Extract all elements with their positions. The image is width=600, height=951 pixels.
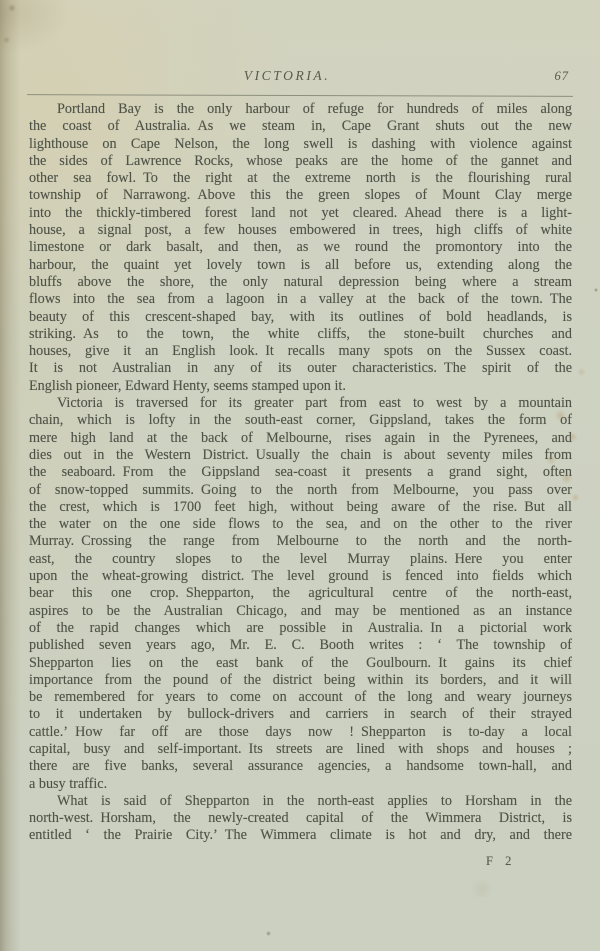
text-line: harbour, the quaint yet lovely town is a… [29, 257, 572, 274]
foxing-spot [577, 368, 586, 376]
text-line: striking. As to the town, the white clif… [29, 326, 572, 343]
text-line: What is said of Shepparton in the north-… [29, 793, 572, 810]
text-line: Victoria is traversed for its greater pa… [29, 395, 572, 412]
ink-speck [594, 288, 598, 292]
text-line: Murray. Crossing the range from Melbourn… [29, 533, 572, 550]
text-line: into the thickly-timbered forest land no… [29, 205, 572, 222]
text-line: Shepparton lies on the east bank of the … [29, 655, 572, 672]
foxing-spot [8, 4, 16, 12]
text-line: entitled ‘ the Prairie City.’ The Wimmer… [29, 827, 572, 844]
text-line: bear this one crop. Shepparton, the agri… [29, 585, 572, 602]
text-line: there are five banks, several assurance … [29, 758, 572, 775]
book-page-scan: VICTORIA. 67 Portland Bay is the only ha… [0, 0, 600, 951]
running-title: VICTORIA. [0, 68, 587, 84]
text-line: It is not Australian in any of its outer… [29, 360, 572, 377]
header-rule [27, 94, 573, 97]
text-line: of the rapid changes which are possible … [29, 620, 572, 637]
text-line: the seaboard. From the Gippsland sea-coa… [29, 464, 572, 481]
text-line: limestone or dark basalt, and then, as w… [29, 239, 572, 256]
text-line: mere high land at the back of Melbourne,… [29, 430, 572, 447]
text-line: of snow-topped summits. Going to the nor… [29, 482, 572, 499]
text-line: cattle.’ How far off are those days now … [29, 724, 572, 741]
text-line: the crest, which is 1700 feet high, with… [29, 499, 572, 516]
text-body: Portland Bay is the only harbour of refu… [29, 101, 572, 845]
text-line: chain, which is lofty in the south-east … [29, 412, 572, 429]
text-line: township of Narrawong. Above this the gr… [29, 187, 572, 204]
text-line: be remembered for years to come on accou… [29, 689, 572, 706]
paper-smudge [468, 880, 496, 898]
text-line: importance from the pound of the distric… [29, 672, 572, 689]
text-line: the coast of Australia. As we steam in, … [29, 118, 572, 135]
page-gutter-shadow [0, 0, 24, 951]
text-line: beauty of this crescent-shaped bay, with… [29, 309, 572, 326]
page-number: 67 [555, 69, 570, 84]
text-line: the water on the one side flows to the s… [29, 516, 572, 533]
text-line: the sides of Lawrence Rocks, whose peaks… [29, 153, 572, 170]
text-line: Portland Bay is the only harbour of refu… [29, 101, 572, 118]
text-line: house, a signal post, a few houses embow… [29, 222, 572, 239]
text-line: other sea fowl. To the right at the extr… [29, 170, 572, 187]
text-line: bluffs above the shore, the only natural… [29, 274, 572, 291]
text-line: a busy traffic. [29, 776, 572, 793]
text-line: published seven years ago, Mr. E. C. Boo… [29, 637, 572, 654]
text-line: east, the country slopes to the level Mu… [29, 551, 572, 568]
text-line: north-west. Horsham, the newly-created c… [29, 810, 572, 827]
text-line: upon the wheat-growing district. The lev… [29, 568, 572, 585]
foxing-spot [571, 493, 580, 502]
text-line: houses, give it an English look. It reca… [29, 343, 572, 360]
text-line: flows into the sea from a lagoon in a va… [29, 291, 572, 308]
text-line: capital, busy and self-important. Its st… [29, 741, 572, 758]
text-line: aspires to be the Australian Chicago, an… [29, 603, 572, 620]
text-line: lighthouse on Cape Nelson, the long swel… [29, 136, 572, 153]
text-line: to it undertaken by bullock-drivers and … [29, 706, 572, 723]
ink-speck [266, 931, 271, 936]
foxing-spot [3, 36, 10, 44]
signature-mark: F 2 [486, 854, 511, 869]
text-line: dies out in the Western District. Usuall… [29, 447, 572, 464]
text-line: English pioneer, Edward Henty, seems sta… [29, 378, 572, 395]
